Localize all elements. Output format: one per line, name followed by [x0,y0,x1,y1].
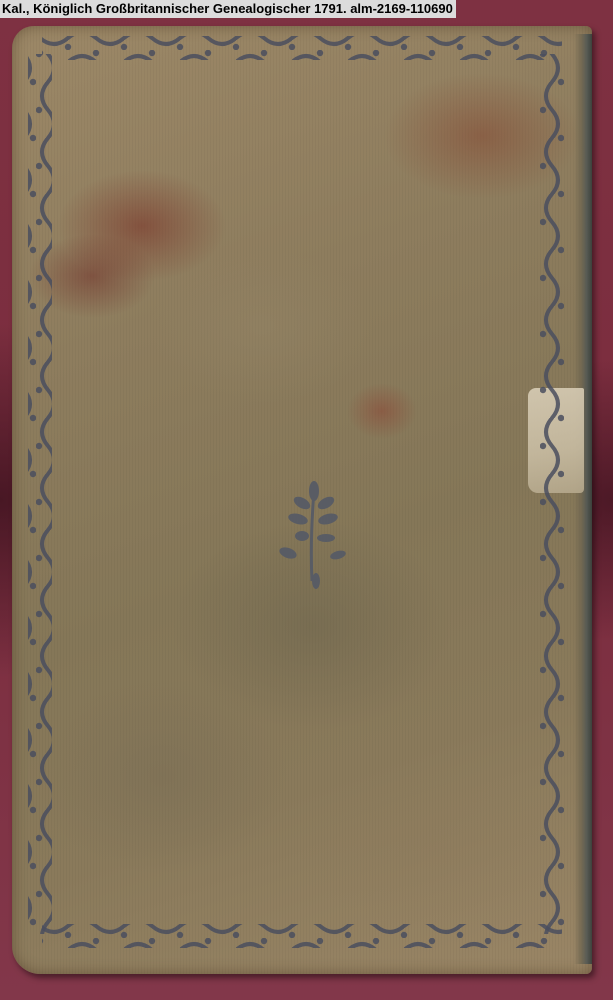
leaf-sprig-fleuron-icon [274,481,354,591]
image-caption: Kal., Königlich Großbritannischer Geneal… [0,0,456,18]
book-cover [12,26,592,974]
